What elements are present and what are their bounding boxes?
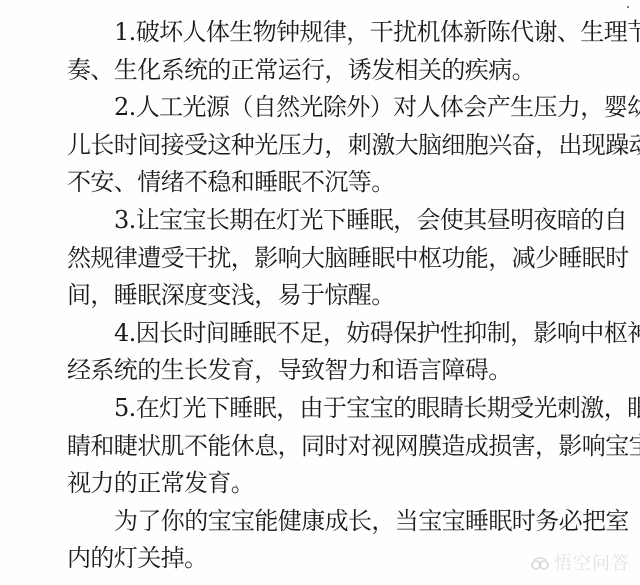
paragraph-1: 1.破坏人体生物钟规律，干扰机体新陈代谢、生理节 奏、生化系统的正常运行，诱发相… (20, 14, 576, 89)
paragraph-line: 3.让宝宝长期在灯光下睡眠，会使其昼明夜暗的自 (20, 202, 576, 240)
paragraph-line: 儿长时间接受这种光压力，刺激大脑细胞兴奋，出现躁动 (20, 127, 576, 165)
paragraph-line: 为了你的宝宝能健康成长，当宝宝睡眠时务必把室 (20, 503, 576, 541)
scan-speck (627, 6, 629, 8)
document-body: 1.破坏人体生物钟规律，干扰机体新陈代谢、生理节 奏、生化系统的正常运行，诱发相… (20, 14, 576, 578)
paragraph-line: 不安、情绪不稳和睡眠不沉等。 (20, 164, 576, 202)
paragraph-line: 2.人工光源（自然光除外）对人体会产生压力，婴幼 (20, 89, 576, 127)
watermark-text: 悟空问答 (554, 549, 630, 575)
paragraph-line: 视力的正常发育。 (20, 465, 576, 503)
wukong-logo-icon (530, 555, 550, 569)
paragraph-line: 内的灯关掉。 (20, 540, 576, 578)
paragraph-3: 3.让宝宝长期在灯光下睡眠，会使其昼明夜暗的自 然规律遭受干扰，影响大脑睡眠中枢… (20, 202, 576, 315)
paragraph-line: 5.在灯光下睡眠，由于宝宝的眼睛长期受光刺激，眼 (20, 390, 576, 428)
paragraph-line: 奏、生化系统的正常运行，诱发相关的疾病。 (20, 52, 576, 90)
paragraph-5: 5.在灯光下睡眠，由于宝宝的眼睛长期受光刺激，眼 睛和睫状肌不能休息，同时对视网… (20, 390, 576, 503)
paragraph-line: 1.破坏人体生物钟规律，干扰机体新陈代谢、生理节 (20, 14, 576, 52)
paragraph-4: 4.因长时间睡眠不足，妨碍保护性抑制，影响中枢神 经系统的生长发育，导致智力和语… (20, 315, 576, 390)
paragraph-line: 4.因长时间睡眠不足，妨碍保护性抑制，影响中枢神 (20, 315, 576, 353)
watermark: 悟空问答 (530, 549, 630, 575)
paragraph-line: 然规律遭受干扰，影响大脑睡眠中枢功能，减少睡眠时 (20, 240, 576, 278)
paragraph-line: 睛和睫状肌不能休息，同时对视网膜造成损害，影响宝宝 (20, 428, 576, 466)
paragraph-line: 间，睡眠深度变浅，易于惊醒。 (20, 277, 576, 315)
scanned-page: 1.破坏人体生物钟规律，干扰机体新陈代谢、生理节 奏、生化系统的正常运行，诱发相… (0, 0, 640, 585)
paragraph-line: 经系统的生长发育，导致智力和语言障碍。 (20, 352, 576, 390)
paragraph-2: 2.人工光源（自然光除外）对人体会产生压力，婴幼 儿长时间接受这种光压力，刺激大… (20, 89, 576, 202)
paragraph-conclusion: 为了你的宝宝能健康成长，当宝宝睡眠时务必把室 内的灯关掉。 (20, 503, 576, 578)
